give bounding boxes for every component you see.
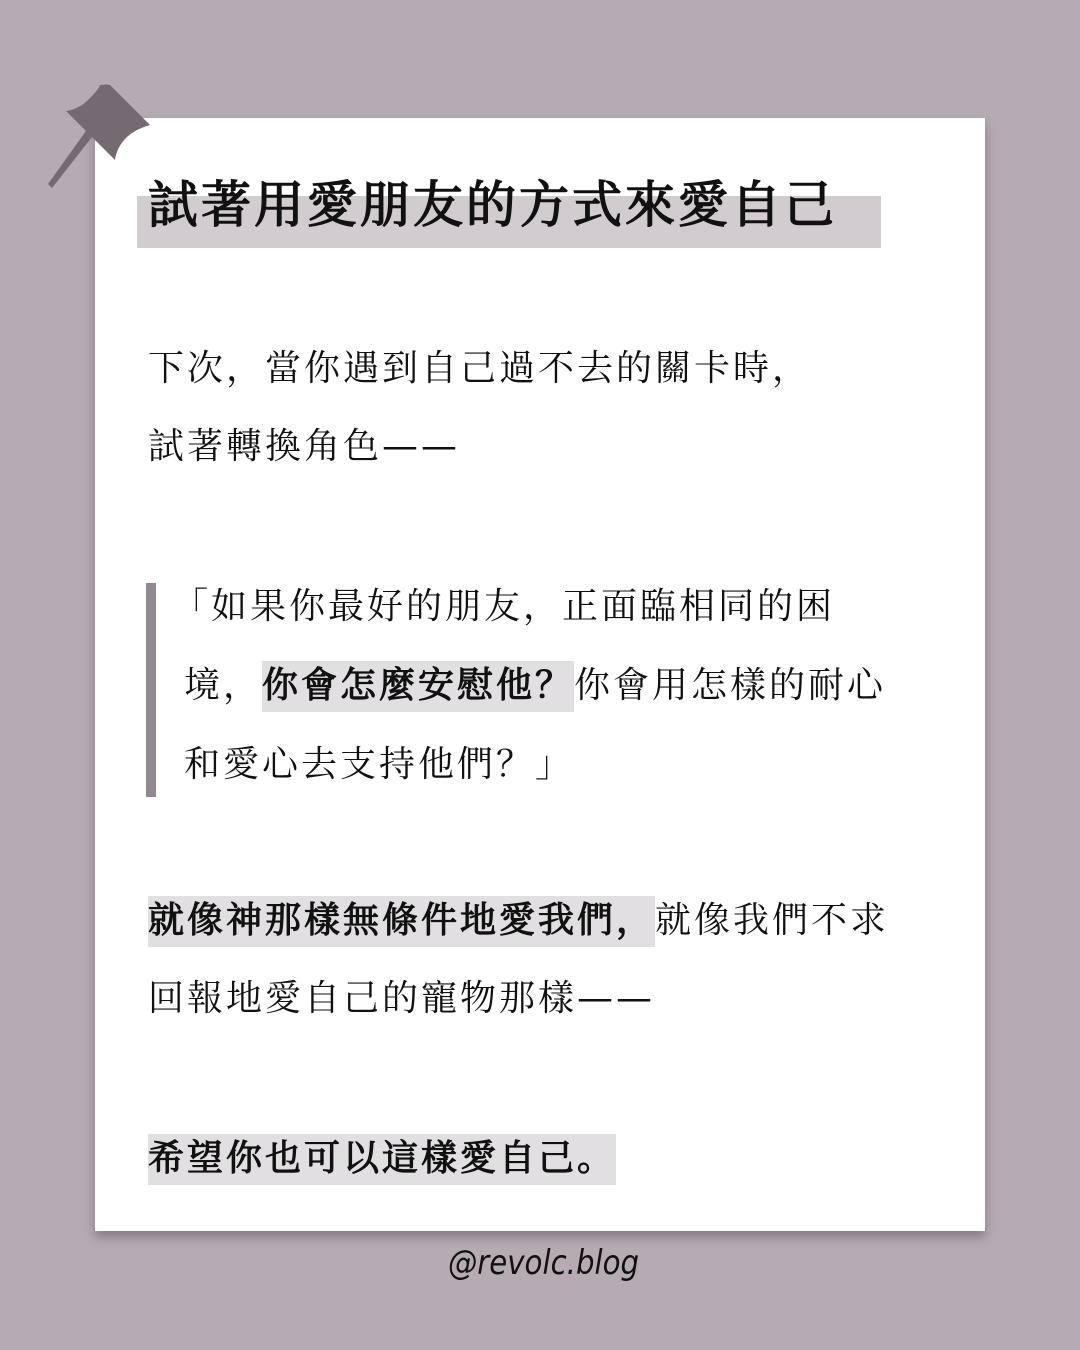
analogy-line-2: 回報地愛自己的寵物那樣—— xyxy=(148,960,889,1038)
quote-line-3: 和愛心去支持他們？」 xyxy=(184,725,886,804)
analogy-highlight: 就像神那樣無條件地愛我們， xyxy=(148,896,655,947)
pushpin-icon xyxy=(40,80,160,200)
quote-highlight: 你會怎麼安慰他？ xyxy=(262,661,574,712)
quote-line-2: 境，你會怎麼安慰他？你會用怎樣的耐心 xyxy=(184,646,886,725)
quote-line-1: 「如果你最好的朋友，正面臨相同的困 xyxy=(172,567,886,646)
quote-line-2-prefix: 境， xyxy=(184,665,262,706)
title-block: 試著用愛朋友的方式來愛自己 xyxy=(137,168,881,248)
analogy-line-1-suffix: 就像我們不求 xyxy=(655,900,889,941)
author-handle: @revolc.blog xyxy=(448,1243,639,1283)
closing-highlight: 希望你也可以這樣愛自己。 xyxy=(148,1134,616,1185)
intro-paragraph: 下次，當你遇到自己過不去的關卡時， 試著轉換角色—— xyxy=(148,330,811,486)
intro-line-1: 下次，當你遇到自己過不去的關卡時， xyxy=(148,330,811,408)
intro-line-2: 試著轉換角色—— xyxy=(148,408,811,486)
quote-block: 「如果你最好的朋友，正面臨相同的困 境，你會怎麼安慰他？你會用怎樣的耐心 和愛心… xyxy=(184,567,886,804)
quote-line-2-suffix: 你會用怎樣的耐心 xyxy=(574,665,886,706)
quote-bar xyxy=(146,583,156,797)
page-title: 試著用愛朋友的方式來愛自己 xyxy=(148,172,837,238)
analogy-paragraph: 就像神那樣無條件地愛我們，就像我們不求 回報地愛自己的寵物那樣—— xyxy=(148,882,889,1038)
closing-paragraph: 希望你也可以這樣愛自己。 xyxy=(148,1120,616,1198)
analogy-line-1: 就像神那樣無條件地愛我們，就像我們不求 xyxy=(148,882,889,960)
